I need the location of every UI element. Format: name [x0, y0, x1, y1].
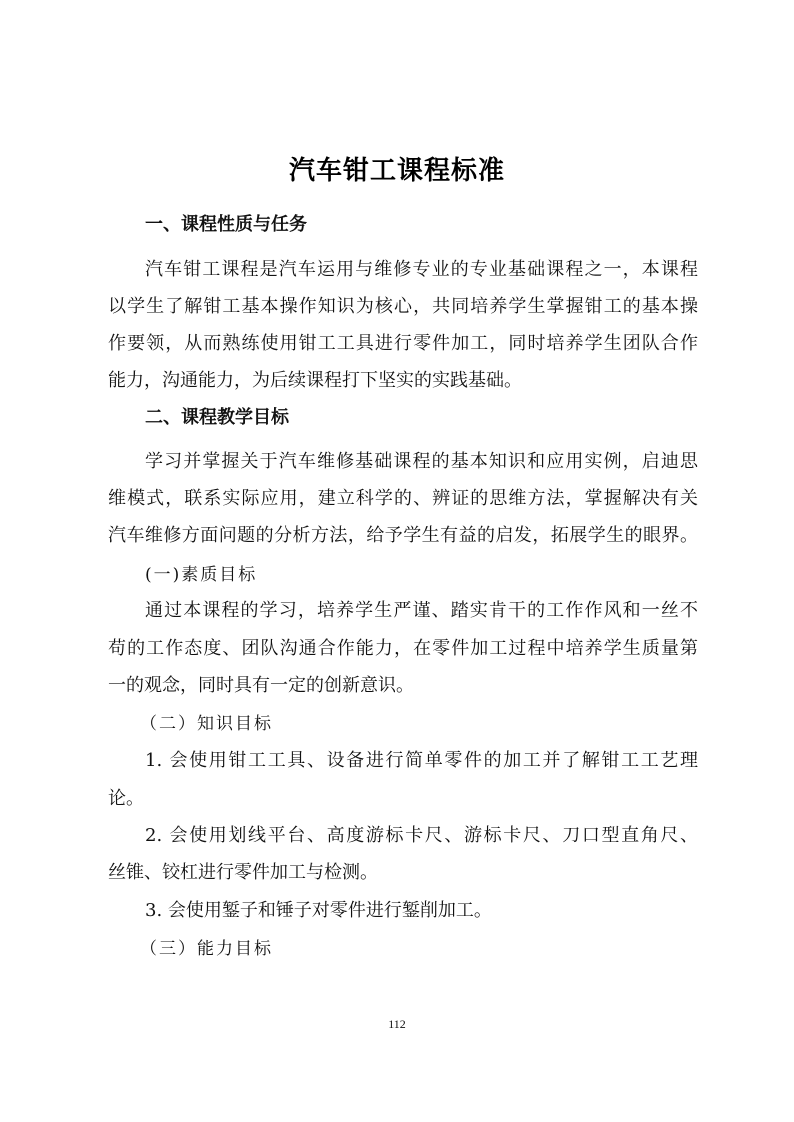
document-page: 汽车钳工课程标准 一、课程性质与任务 汽车钳工课程是汽车运用与维修专业的专业基础… [0, 0, 794, 1122]
subsection-heading-2: （二）知识目标 [140, 709, 273, 734]
paragraph-line: 能力，沟通能力，为后续课程打下坚实的实践基础。 [108, 366, 698, 392]
paragraph-line: 一的观念，同时具有一定的创新意识。 [108, 671, 698, 697]
paragraph-line: 通过本课程的学习，培养学生严谨、踏实肯干的工作作风和一丝不 [145, 596, 698, 622]
paragraph-line: 汽车钳工课程是汽车运用与维修专业的专业基础课程之一，本课程 [145, 255, 698, 281]
list-item-line: 论。 [108, 784, 698, 810]
section-heading-2: 二、课程教学目标 [145, 403, 289, 429]
list-item-line: 1. 会使用钳工工具、设备进行简单零件的加工并了解钳工工艺理 [145, 746, 698, 772]
page-number: 112 [0, 1017, 794, 1032]
list-item-line: 3. 会使用錾子和锤子对零件进行錾削加工。 [145, 896, 698, 922]
list-item-line: 丝锥、铰杠进行零件加工与检测。 [108, 858, 698, 884]
section-heading-1: 一、课程性质与任务 [145, 210, 307, 236]
paragraph-line: 以学生了解钳工基本操作知识为核心，共同培养学生掌握钳工的基本操 [108, 292, 698, 318]
paragraph-line: 苟的工作态度、团队沟通合作能力，在零件加工过程中培养学生质量第 [108, 634, 698, 660]
paragraph-line: 汽车维修方面问题的分析方法，给予学生有益的启发，拓展学生的眼界。 [108, 521, 698, 547]
paragraph-line: 维模式，联系实际应用，建立科学的、辨证的思维方法，掌握解决有关 [108, 484, 698, 510]
document-title: 汽车钳工课程标准 [0, 150, 794, 187]
list-item-line: 2. 会使用划线平台、高度游标卡尺、游标卡尺、刀口型直角尺、 [145, 821, 698, 847]
paragraph-line: 学习并掌握关于汽车维修基础课程的基本知识和应用实例，启迪思 [145, 447, 698, 473]
subsection-heading-3: （三）能力目标 [140, 934, 273, 959]
paragraph-line: 作要领，从而熟练使用钳工工具进行零件加工，同时培养学生团队合作 [108, 329, 698, 355]
subsection-heading-1: (一)素质目标 [145, 560, 257, 585]
